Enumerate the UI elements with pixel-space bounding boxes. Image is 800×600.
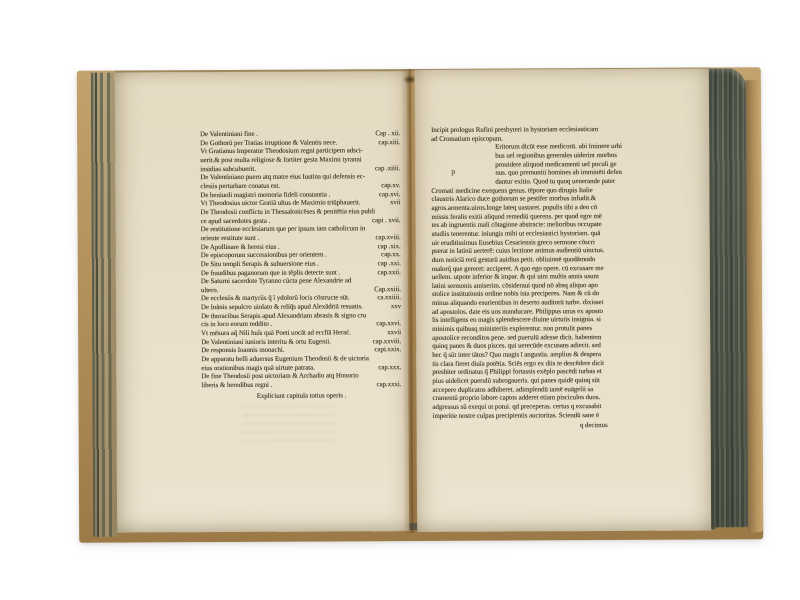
chapter-number (397, 372, 401, 381)
chapter-number: cap.xiii. (374, 139, 400, 148)
chapter-title: De restitutione ecclesiarum que per ipsu… (201, 226, 366, 236)
chapter-number: cap.xx. (377, 251, 401, 260)
chapter-list: De Valentiniani fine . Cap . xii. De Got… (200, 130, 401, 391)
chapter-number (396, 173, 400, 182)
initial-paragraph: p Eritorum dicūt esse medicorū. ubi īmin… (431, 143, 642, 187)
fore-edge-pages (709, 68, 750, 527)
chapter-number (396, 147, 400, 156)
chapter-title: clesiis perturbare conatus est. (200, 183, 280, 192)
chapter-number: xvii (386, 199, 401, 208)
text-line: imperitie nostre culpas precipientis auc… (433, 411, 644, 421)
chapter-number: Cap . xii. (371, 130, 400, 139)
chapter-entry: liberis & heredibus regni . cap.xxxi. (201, 381, 401, 391)
catchword: q decimus (433, 422, 644, 432)
body-lines: Cromati medicine exequens genus. tēpore … (431, 186, 643, 421)
chapter-title: ce apud sacerdotes gesta . (201, 217, 271, 226)
chapter-title: liberis & heredibus regni . (201, 382, 272, 391)
chapter-number: xxvii (383, 329, 401, 338)
chapter-title: De Apollinare & heresi eius . (201, 243, 280, 252)
chapter-number: cap.xvi. (375, 191, 400, 200)
chapter-title: oriente restitute sunt . (201, 235, 260, 244)
chapter-number: cap.xviii. (371, 234, 400, 243)
chapter-number: cap.xxvi. (372, 321, 401, 330)
text-line: Eritorum dicūt esse medicorū. ubi īminer… (495, 143, 642, 152)
chapter-number: Cap.xxiii. (370, 286, 401, 295)
chapter-number: cap.xxviii. (369, 338, 402, 347)
chapter-number: cap .xxi. (374, 260, 401, 269)
text-line: dantur exitio. Quod tu quoq uenerande pa… (495, 178, 642, 187)
ink-showthrough (243, 405, 335, 447)
chapter-title: De Saturni sacerdote Tyranno cūcta pene … (201, 278, 351, 287)
chapter-title: De Valentiniani fine . (200, 131, 258, 140)
chapter-number (396, 208, 400, 217)
chapter-number: cap.xxx. (374, 364, 401, 373)
chapter-number: cap.xxxi. (373, 381, 402, 390)
chapter-number: cap.xxii. (374, 269, 401, 278)
chapter-number: cap .xiiii. (371, 165, 400, 174)
chapter-number (396, 156, 400, 165)
chapter-title: uerit.& post multa religiose & fortiter … (200, 156, 361, 166)
chapter-number: ca.xxiiii. (373, 295, 401, 304)
text-line: nus. quo premuniti homines ab imminēti d… (495, 169, 642, 178)
chapter-number: xxv (387, 303, 401, 312)
guide-letter: p (451, 168, 455, 177)
chapter-number (397, 312, 401, 321)
left-page-text: De Valentiniani fine . Cap . xii. De Got… (200, 130, 401, 401)
chapter-number (397, 225, 401, 234)
right-page: Incipit prologus Rufini presbyteri in hy… (415, 68, 711, 532)
right-board-edge (746, 80, 763, 532)
photo-background: De Valentiniani fine . Cap . xii. De Got… (0, 0, 800, 600)
chapter-title: De Theodosii conflictu in Thessalonicēse… (200, 208, 375, 218)
chapter-title: De thoracibus Serapis apud Alexandriam a… (201, 312, 366, 322)
chapter-title: De Valentiniano puero atq matre eius Ius… (200, 174, 365, 184)
open-book: De Valentiniani fine . Cap . xii. De Got… (77, 67, 763, 543)
chapter-title: De Valentiniani iunioris interitu & ortu… (201, 338, 331, 347)
chapter-title: De fine Theodosii post uictoriam & Archa… (201, 373, 358, 382)
chapter-number: capi . xvii. (368, 217, 401, 226)
indented-lines: Eritorum dicūt esse medicorū. ubi īminer… (431, 143, 642, 187)
chapter-number: capi.xxix. (371, 347, 402, 356)
chapter-number: cap .xix. (374, 243, 401, 252)
right-page-text: Incipit prologus Rufini presbyteri in hy… (431, 126, 644, 432)
incipit-heading: Incipit prologus Rufini presbyteri in hy… (431, 126, 642, 144)
chapter-number (397, 277, 401, 286)
left-board-edge (91, 73, 118, 537)
explicit-line: Expliciunt capitula totius operis . (201, 392, 401, 402)
chapter-number: cap.xv. (377, 182, 400, 191)
left-page: De Valentiniani fine . Cap . xii. De Got… (115, 71, 409, 533)
chapter-number (397, 355, 401, 364)
